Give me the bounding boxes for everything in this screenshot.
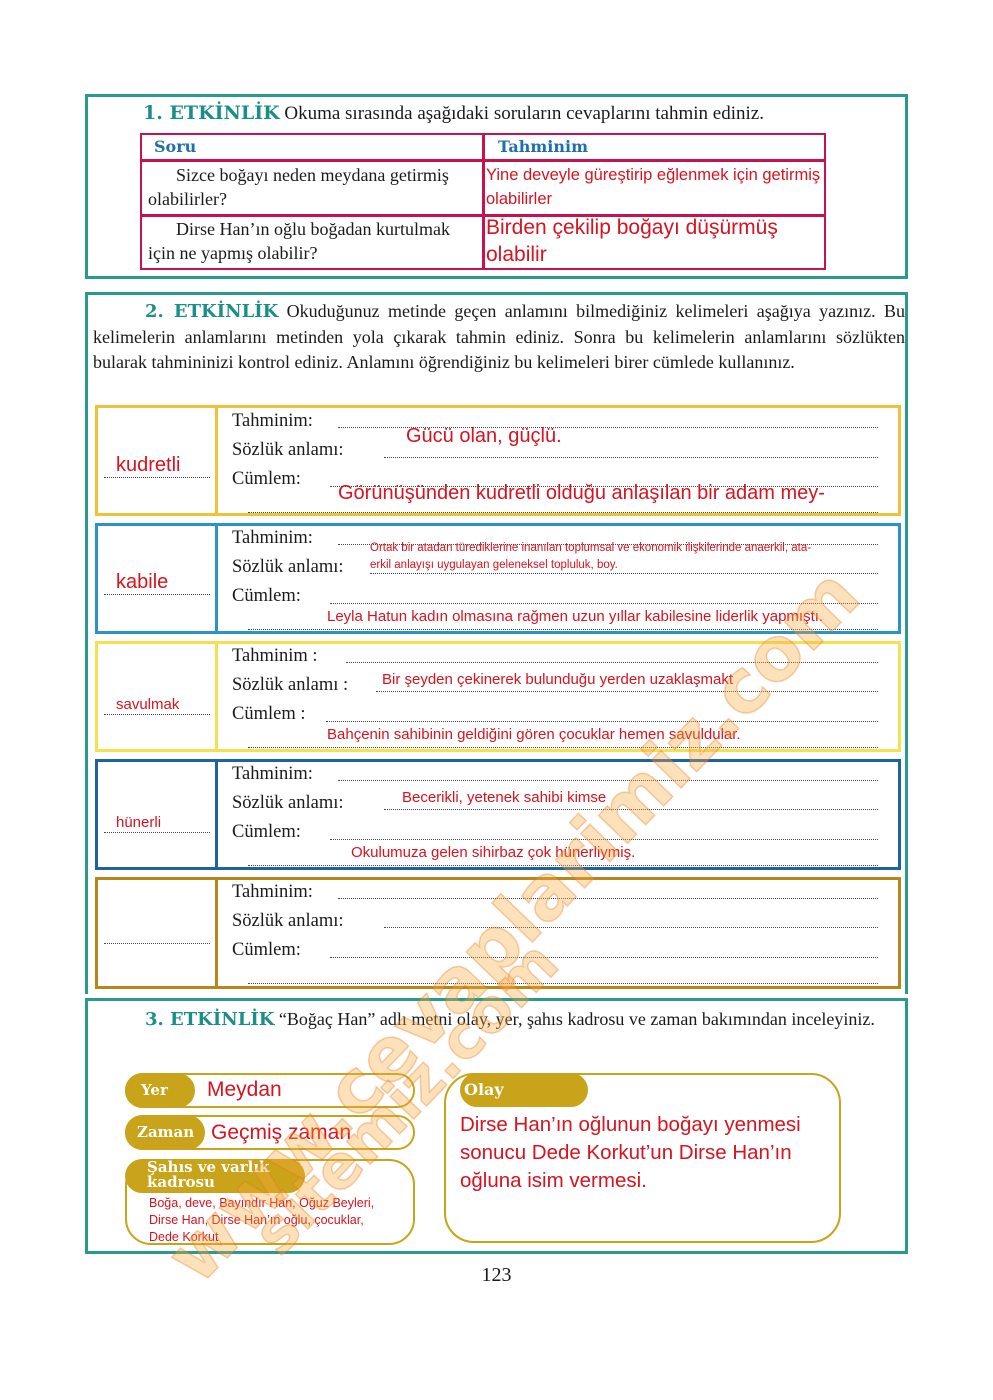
characters-label: Şahıs ve varlık kadrosu	[125, 1159, 305, 1193]
sentence-answer: Görünüşünden kudretli olduğu anlaşılan b…	[338, 482, 825, 505]
card-divider	[215, 644, 218, 749]
guess-field[interactable]	[346, 661, 878, 663]
word-field[interactable]: kabile	[104, 570, 210, 595]
characters-label-line2: kadrosu	[147, 1175, 305, 1190]
sentence-field[interactable]	[326, 720, 878, 722]
time-pill: Zaman Geçmiş zaman	[125, 1115, 415, 1150]
characters-value-line1: Boğa, deve, Bayındır Han, Oğuz Beyleri,	[149, 1195, 374, 1212]
dictionary-answer: Bir şeyden çekinerek bulunduğu yerden uz…	[382, 671, 733, 688]
table-header-question: Soru	[154, 135, 196, 159]
activity-1-section: 1. ETKİNLİK Okuma sırasında aşağıdaki so…	[85, 94, 908, 279]
time-label: Zaman	[125, 1115, 205, 1150]
word-card-kabile: kabile Tahminim: Ortak bir atadan türedi…	[95, 523, 901, 634]
dictionary-field[interactable]	[384, 456, 878, 458]
time-value[interactable]: Geçmiş zaman	[211, 1120, 351, 1146]
activity-3-number: 3. ETKİNLİK	[145, 1009, 274, 1030]
sentence-field[interactable]	[330, 956, 878, 958]
sentence-field[interactable]	[330, 602, 878, 604]
activity-1-instruction: Okuma sırasında aşağıdaki soruların ceva…	[284, 103, 764, 124]
dictionary-answer-line2: erkil anlayışı uygulayan geleneksel topl…	[370, 559, 618, 571]
dictionary-field[interactable]	[370, 572, 878, 574]
dictionary-answer: Gücü olan, güçlü.	[406, 425, 562, 448]
sentence-field[interactable]	[330, 838, 878, 840]
dictionary-field[interactable]	[384, 808, 878, 810]
guess-label: Tahminim:	[232, 527, 313, 549]
word-field[interactable]: kudretli	[104, 453, 210, 478]
sentence-field-line2[interactable]	[248, 982, 878, 984]
dictionary-label: Sözlük anlamı:	[232, 792, 344, 814]
characters-pill: Şahıs ve varlık kadrosu Boğa, deve, Bayı…	[125, 1159, 415, 1245]
characters-value-line3: Dede Korkut	[149, 1229, 374, 1246]
dictionary-answer: Becerikli, yetenek sahibi kimse	[402, 789, 606, 806]
sentence-label: Cümlem:	[232, 939, 301, 961]
word-field[interactable]	[104, 940, 210, 944]
dictionary-label: Sözlük anlamı:	[232, 556, 344, 578]
table-row-question: Sizce boğayı neden meydana getirmiş olab…	[148, 163, 478, 211]
sentence-field-line2[interactable]	[248, 864, 878, 866]
guess-label: Tahminim:	[232, 763, 313, 785]
table-divider	[142, 159, 824, 162]
word-card-kudretli: kudretli Tahminim: Sözlük anlamı: Gücü o…	[95, 405, 901, 516]
event-value-line2: sonucu Dede Korkut’un Dirse Han’ın	[460, 1139, 801, 1167]
prediction-table: Soru Tahminim Sizce boğayı neden meydana…	[140, 133, 826, 270]
guess-field[interactable]	[338, 897, 878, 899]
dictionary-field[interactable]	[384, 926, 878, 928]
table-header-guess: Tahminim	[498, 135, 588, 159]
guess-label: Tahminim :	[232, 645, 318, 667]
table-row-question: Dirse Han’ın oğlu boğadan kurtulmak için…	[148, 217, 478, 265]
word-card-empty: Tahminim: Sözlük anlamı: Cümlem:	[95, 877, 901, 989]
event-value-line3: oğluna isim vermesi.	[460, 1167, 801, 1195]
dictionary-label: Sözlük anlamı:	[232, 910, 344, 932]
dictionary-label: Sözlük anlamı:	[232, 439, 344, 461]
place-pill: Yer Meydan	[125, 1073, 415, 1108]
card-divider	[215, 408, 218, 513]
activity-2-section: 2. ETKİNLİK Okuduğunuz metinde geçen anl…	[85, 292, 908, 994]
dictionary-answer-line1: Ortak bir atadan türediklerine inanılan …	[370, 542, 811, 554]
sentence-label: Cümlem:	[232, 821, 301, 843]
table-row-answer: Yine deveyle güreştirip eğlenmek için ge…	[486, 163, 826, 211]
sentence-label: Cümlem:	[232, 585, 301, 607]
sentence-label: Cümlem :	[232, 703, 306, 725]
sentence-answer: Okulumuza gelen sihirbaz çok hünerliymiş…	[351, 844, 635, 861]
dictionary-label: Sözlük anlamı :	[232, 674, 348, 696]
event-box: Olay Dirse Han’ın oğlunun boğayı yenmesi…	[444, 1073, 841, 1243]
sentence-label: Cümlem:	[232, 468, 301, 490]
sentence-field-line2[interactable]	[248, 628, 878, 630]
activity-1-number: 1. ETKİNLİK	[143, 102, 280, 124]
card-divider	[215, 880, 218, 986]
guess-field[interactable]	[338, 779, 878, 781]
word-field[interactable]: hünerli	[104, 814, 210, 833]
activity-3-section: 3. ETKİNLİK “Boğaç Han” adlı metni olay,…	[85, 998, 908, 1254]
sentence-field-line2[interactable]	[248, 511, 878, 513]
table-row-answer: Birden çekilip boğayı düşürmüş olabilir	[486, 214, 826, 268]
card-divider	[215, 526, 218, 631]
sentence-answer: Leyla Hatun kadın olmasına rağmen uzun y…	[327, 608, 823, 625]
dictionary-field[interactable]	[376, 690, 878, 692]
characters-value-line2: Dirse Han, Dirse Han’ın oğlu, çocuklar,	[149, 1212, 374, 1229]
guess-label: Tahminim:	[232, 410, 313, 432]
activity-3-instruction: “Boğaç Han” adlı metni olay, yer, şahıs …	[279, 1009, 875, 1029]
event-value[interactable]: Dirse Han’ın oğlunun boğayı yenmesi sonu…	[460, 1111, 801, 1195]
activity-2-number: 2. ETKİNLİK	[145, 301, 278, 322]
activity-1-title: 1. ETKİNLİK Okuma sırasında aşağıdaki so…	[143, 99, 764, 128]
table-divider	[482, 135, 485, 268]
place-value[interactable]: Meydan	[207, 1077, 282, 1103]
sentence-field-line2[interactable]	[248, 746, 878, 748]
card-divider	[215, 762, 218, 867]
word-card-savulmak: savulmak Tahminim : Sözlük anlamı : Bir …	[95, 641, 901, 752]
sentence-answer: Bahçenin sahibinin geldiğini gören çocuk…	[327, 726, 741, 743]
activity-3-intro: 3. ETKİNLİK “Boğaç Han” adlı metni olay,…	[93, 1007, 905, 1033]
activity-2-intro: 2. ETKİNLİK Okuduğunuz metinde geçen anl…	[93, 299, 905, 376]
page-number: 123	[0, 1264, 993, 1287]
event-label: Olay	[460, 1073, 588, 1107]
characters-value[interactable]: Boğa, deve, Bayındır Han, Oğuz Beyleri, …	[149, 1195, 374, 1246]
word-card-hunerli: hünerli Tahminim: Sözlük anlamı: Becerik…	[95, 759, 901, 870]
word-field[interactable]: savulmak	[104, 696, 210, 715]
event-value-line1: Dirse Han’ın oğlunun boğayı yenmesi	[460, 1111, 801, 1139]
place-label: Yer	[125, 1073, 195, 1108]
guess-label: Tahminim:	[232, 881, 313, 903]
